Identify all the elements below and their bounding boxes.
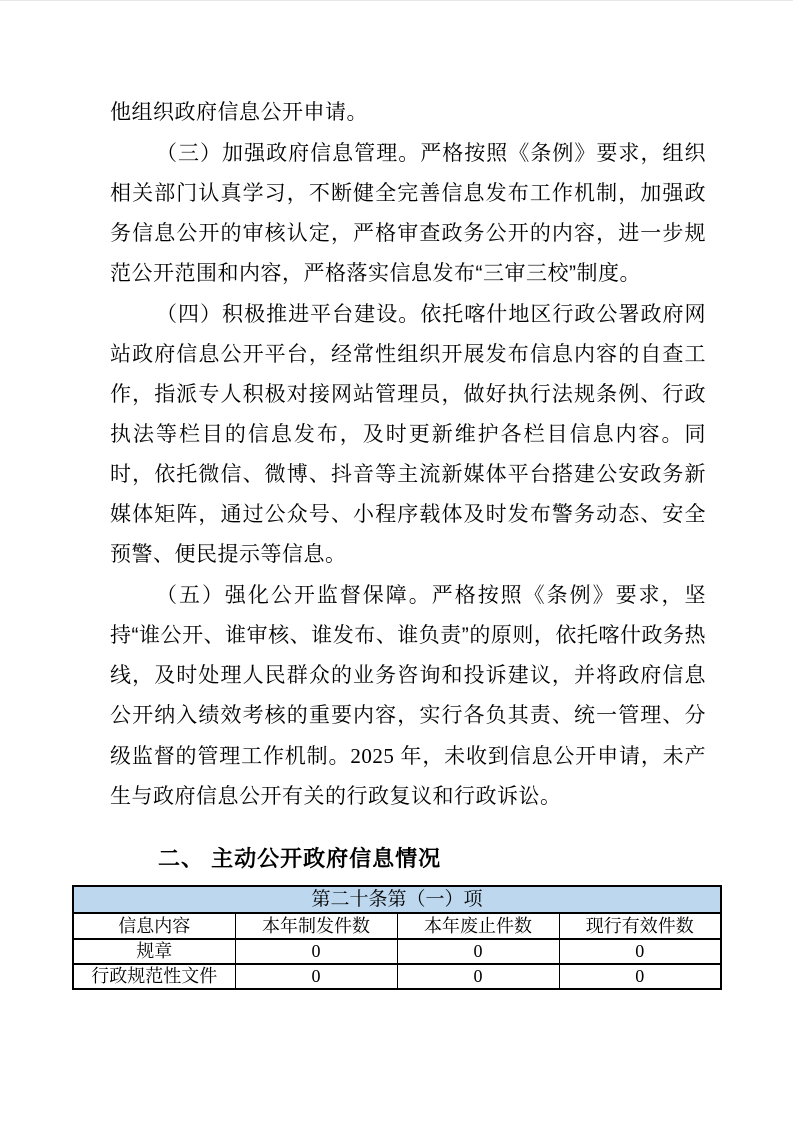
table-row: 规章000	[73, 939, 721, 964]
column-header: 本年制发件数	[235, 913, 397, 939]
disclosure-table: 第二十条第（一）项 信息内容本年制发件数本年废止件数现行有效件数 规章000行政…	[72, 885, 722, 990]
paragraph: （四）积极推进平台建设。依托喀什地区行政公署政府网站政府信息公开平台，经常性组织…	[110, 294, 706, 575]
document-page: 他组织政府信息公开申请。（三）加强政府信息管理。严格按照《条例》要求，组织相关部…	[0, 0, 793, 1123]
report-text: 他组织政府信息公开申请。（三）加强政府信息管理。严格按照《条例》要求，组织相关部…	[0, 1, 793, 817]
paragraph: （五）强化公开监督保障。严格按照《条例》要求，坚持“谁公开、谁审核、谁发布、谁负…	[110, 575, 706, 817]
paragraph-lead: （四）积极推进平台建设。	[156, 302, 420, 326]
table-cell: 0	[235, 964, 397, 989]
table-cell: 0	[559, 964, 721, 989]
table-body: 规章000行政规范性文件000	[73, 939, 721, 989]
table-title-row: 第二十条第（一）项	[73, 886, 721, 913]
table-cell: 规章	[73, 939, 235, 964]
paragraph-lead: （五）强化公开监督保障。	[156, 583, 432, 607]
column-header: 本年废止件数	[397, 913, 559, 939]
paragraph-text: 他组织政府信息公开申请。	[110, 101, 368, 124]
column-header: 信息内容	[73, 913, 235, 939]
table-row: 行政规范性文件000	[73, 964, 721, 989]
paragraph: 他组织政府信息公开申请。	[110, 93, 706, 133]
paragraph-text: 严格按照《条例》要求，坚持“谁公开、谁审核、谁发布、谁负责”的原则，依托喀什政务…	[110, 584, 706, 768]
table-cell: 行政规范性文件	[73, 964, 235, 989]
paragraph-text: 依托喀什地区行政公署政府网站政府信息公开平台，经常性组织开展发布信息内容的自查工…	[110, 303, 706, 566]
section-heading: 二、 主动公开政府信息情况	[110, 844, 706, 874]
paragraph-lead: （三）加强政府信息管理。	[156, 141, 420, 165]
table-cell: 0	[559, 939, 721, 964]
paragraph-text: 2025	[350, 744, 400, 768]
column-header: 现行有效件数	[559, 913, 721, 939]
table-title: 第二十条第（一）项	[73, 886, 721, 913]
table-cell: 0	[235, 939, 397, 964]
table-cell: 0	[397, 939, 559, 964]
paragraph: （三）加强政府信息管理。严格按照《条例》要求，组织相关部门认真学习，不断健全完善…	[110, 133, 706, 294]
table-header-row: 信息内容本年制发件数本年废止件数现行有效件数	[73, 913, 721, 939]
table-cell: 0	[397, 964, 559, 989]
